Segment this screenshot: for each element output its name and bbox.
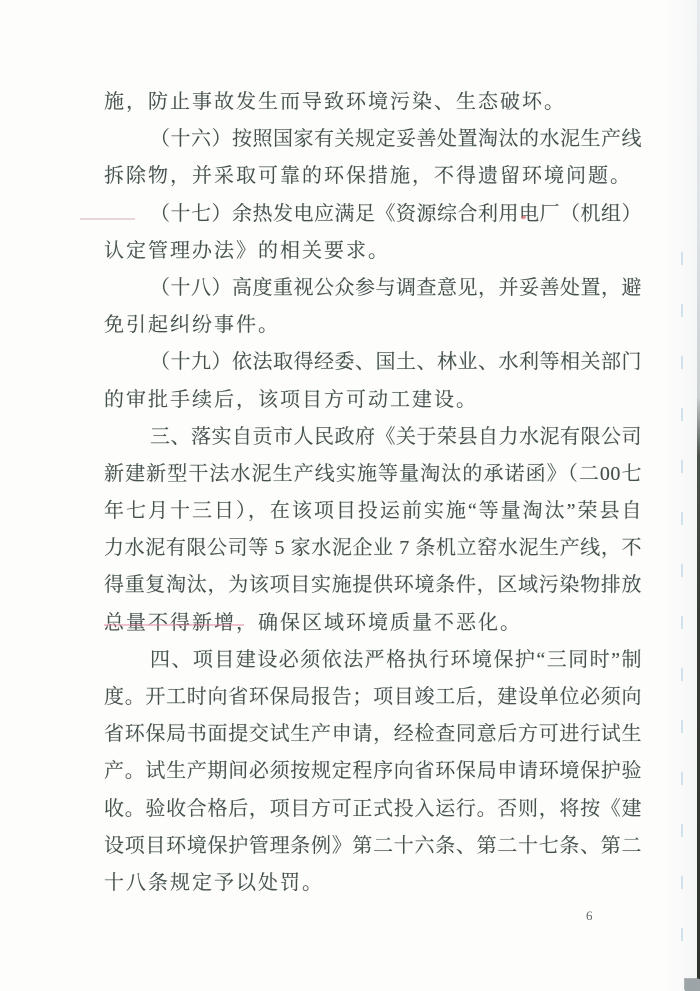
text-line: （十八）高度重视公众参与调查意见，并妥善处置，避 <box>104 270 642 307</box>
document-body: 施，防止事故发生而导致环境污染、生态破坏。（十六）按照国家有关规定妥善处置淘汰的… <box>104 84 642 902</box>
text-line: 年七月十三日），在该项目投运前实施“等量淘汰”荣县自 <box>104 493 642 530</box>
text-line: 十八条规定予以处罚。 <box>104 865 642 902</box>
text-line: 三、落实自贡市人民政府《关于荣县自力水泥有限公司 <box>104 419 642 456</box>
text-line: 产。试生产期间必须按规定程序向省环保局申请环境保护验 <box>104 753 642 790</box>
faint-underline-mark <box>80 218 135 220</box>
text-line: （十九）依法取得经委、国土、林业、水利等相关部门 <box>104 344 642 381</box>
text-line: （十六）按照国家有关规定妥善处置淘汰的水泥生产线 <box>104 121 642 158</box>
text-line: 收。验收合格后，项目方可正式投入运行。否则，将按《建 <box>104 791 642 828</box>
text-line: 新建新型干法水泥生产线实施等量淘汰的承诺函》（二00七 <box>104 456 642 493</box>
scan-corner-notch-artifact <box>685 979 700 991</box>
scan-dashed-line-artifact <box>681 252 683 964</box>
text-line: 得重复淘汰，为该项目实施提供环境条件，区域污染物排放 <box>104 567 642 604</box>
text-line: 四、项目建设必须依法严格执行环境保护“三同时”制 <box>104 642 642 679</box>
text-line: 的审批手续后，该项目方可动工建设。 <box>104 382 642 419</box>
text-line: 省环保局书面提交试生产申请，经检查同意后方可进行试生 <box>104 716 642 753</box>
page-number: 6 <box>586 908 593 924</box>
text-line: 力水泥有限公司等 5 家水泥企业 7 条机立窑水泥生产线，不 <box>104 530 642 567</box>
text-line: 免引起纠纷事件。 <box>104 307 642 344</box>
text-line: 认定管理办法》的相关要求。 <box>104 233 642 270</box>
pink-underline-mark <box>104 624 244 626</box>
text-line: 设项目环境保护管理条例》第二十六条、第二十七条、第二 <box>104 828 642 865</box>
scanned-document-page: 施，防止事故发生而导致环境污染、生态破坏。（十六）按照国家有关规定妥善处置淘汰的… <box>0 0 700 991</box>
text-line: 施，防止事故发生而导致环境污染、生态破坏。 <box>104 84 642 121</box>
text-line: 度。开工时向省环保局报告；项目竣工后，建设单位必须向 <box>104 679 642 716</box>
text-line: 拆除物，并采取可靠的环保措施，不得遗留环境问题。 <box>104 158 642 195</box>
text-line: （十七）余热发电应满足《资源综合利用电厂（机组） <box>104 196 642 233</box>
